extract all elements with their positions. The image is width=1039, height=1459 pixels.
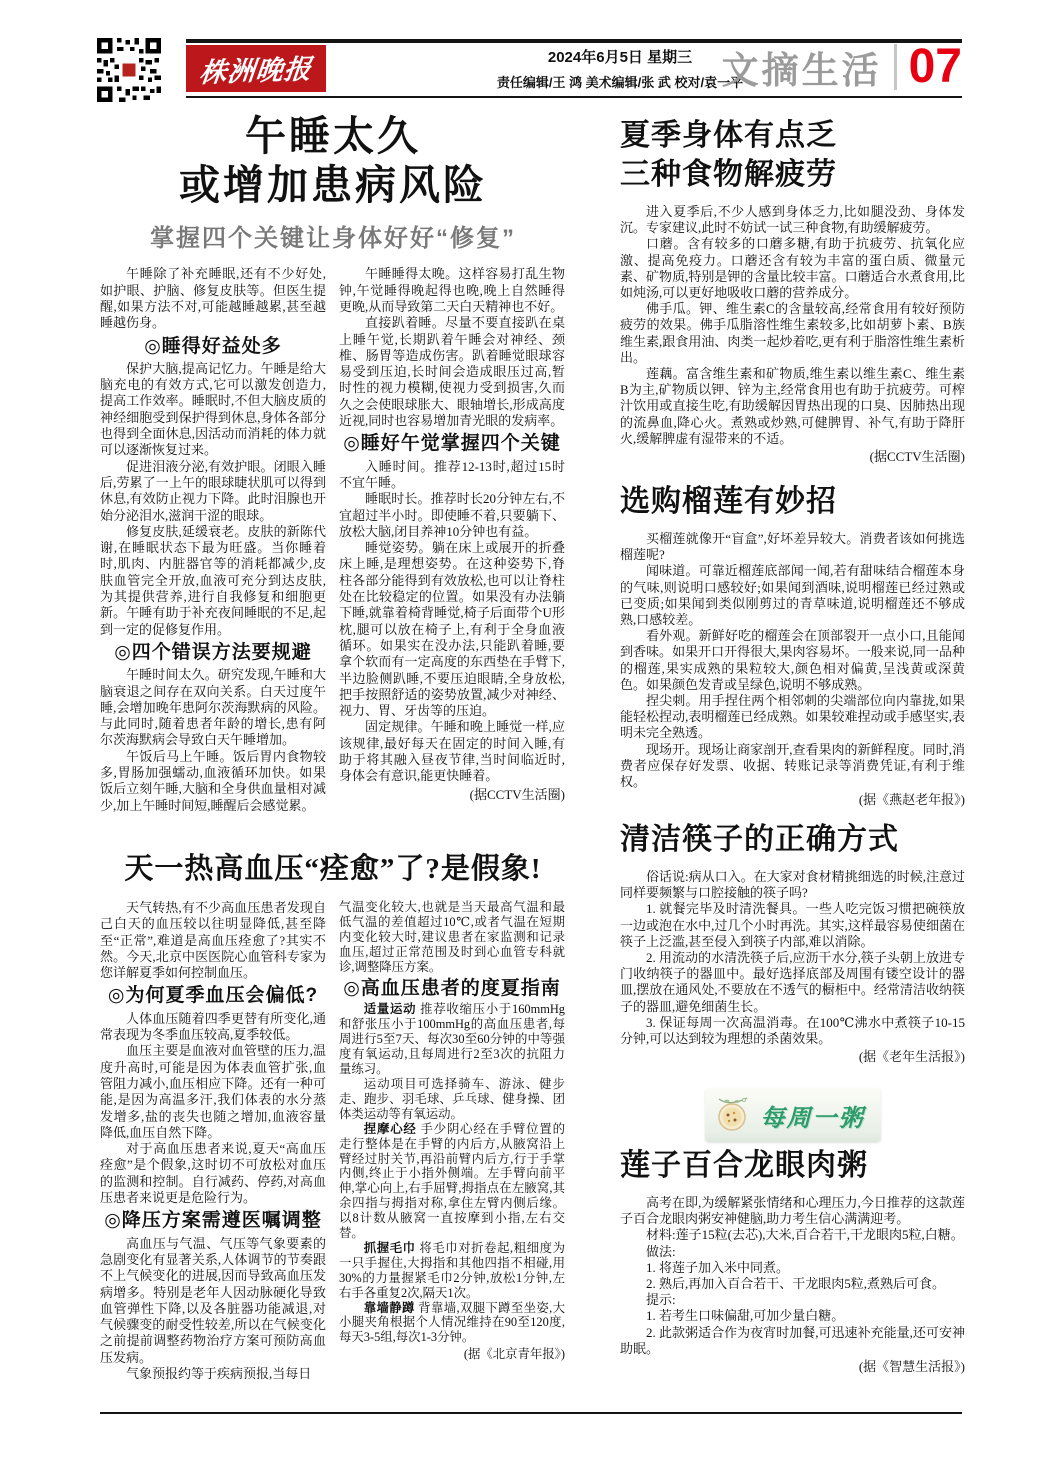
paragraph: 1. 将莲子加入米中同煮。 (620, 1260, 965, 1276)
section-divider (894, 44, 897, 90)
paragraph: 2. 此款粥适合作为夜宵时加餐,可迅速补充能量,还可安神助眠。 (620, 1325, 965, 1357)
paragraph: 午睡除了补充睡眠,还有不少好处,如护眼、护脑、修复皮肤等。但医生提醒,如果方法不… (100, 266, 326, 331)
newspaper-masthead: 株洲晚报 (186, 45, 326, 92)
section-heading: ◎四个错误方法要规避 (100, 645, 326, 661)
article-blood-pressure: 天一热高血压“痊愈”了?是假象! 天气转热,有不少高血压患者发现自己白天的血压较… (100, 846, 566, 1412)
article-durian-title: 选购榴莲有妙招 (620, 482, 965, 521)
paragraph: 2. 熟后,再加入百合若干、干龙眼肉5粒,煮熟后可食。 (620, 1276, 965, 1292)
article-bp-column-2: 气温变化较大,也就是当天最高气温和最低气温的差值超过10℃,或者气温在短期内变化… (339, 900, 565, 1382)
page-bottom-rule (100, 1412, 962, 1414)
paragraph: 莲藕。富含维生素和矿物质,维生素以维生素C、维生素B为主,矿物质以钾、锌为主,经… (620, 366, 965, 447)
article-porridge-body: 高考在即,为缓解紧张情绪和心理压力,今日推荐的这款莲子百合龙眼肉粥安神健脑,助力… (620, 1195, 965, 1375)
weekly-porridge-badge-strip: 每周一粥 (705, 1088, 881, 1142)
article-fatigue-body: 进入夏季后,不少人感到身体乏力,比如腿没劲、身体发沉。专家建议,此时不妨试一试三… (620, 204, 965, 465)
paragraph: 提示: (620, 1292, 965, 1308)
paragraph: 2. 用流动的水清洗筷子后,应沥干水分,筷子头朝上放进专门收纳筷子的器皿中。最好… (620, 950, 965, 1015)
section-heading: ◎降压方案需遵医嘱调整 (100, 1213, 326, 1229)
page-number: 07 (909, 43, 962, 91)
article-fatigue-foods: 夏季身体有点乏 三种食物解疲劳 进入夏季后,不少人感到身体乏力,比如腿没劲、身体… (620, 116, 965, 482)
article-chopsticks-body: 俗话说:病从口入。在大家对食材精挑细选的时候,注意过同样要频繁与口腔接触的筷子吗… (620, 869, 965, 1065)
header-bottom-rule (186, 96, 962, 98)
article-porridge-title: 莲子百合龙眼肉粥 (620, 1146, 965, 1185)
paragraph: 1. 就餐完毕及时清洗餐具。一些人吃完饭习惯把碗筷放一边或泡在水中,过几个小时再… (620, 901, 965, 950)
section-heading: ◎高血压患者的度夏指南 (339, 982, 565, 997)
paragraph: 保护大脑,提高记忆力。午睡是给大脑充电的有效方式,它可以激发创造力,提高工作效率… (100, 361, 326, 459)
article-nap-column-1: 午睡除了补充睡眠,还有不少好处,如护眼、护脑、修复皮肤等。但医生提醒,如果方法不… (100, 266, 326, 814)
section-heading: ◎为何夏季血压会偏低? (100, 988, 326, 1004)
article-durian-body: 买榴莲就像开“盲盒”,好坏差异较大。消费者该如何挑选榴莲呢?闻味道。可靠近榴莲底… (620, 531, 965, 808)
paragraph: 午饭后马上午睡。饭后胃内食物较多,胃肠加强蠕动,血液循环加快。如果饭后立刻午睡,… (100, 749, 326, 814)
section-heading: ◎睡好午觉掌握四个关键 (339, 436, 565, 452)
paragraph: 修复皮肤,延缓衰老。皮肤的新陈代谢,在睡眠状态下最为旺盛。当你睡着时,肌肉、内脏… (100, 524, 326, 638)
weekly-porridge-badge: 每周一粥 (620, 1088, 965, 1142)
paragraph: 气象预报约等于疾病预报,当每日 (100, 1366, 326, 1382)
paragraph: 天气转热,有不少高血压患者发现自己白天的血压较以往明显降低,甚至降至“正常”,难… (100, 900, 326, 981)
paragraph: 3. 保证每周一次高温消毒。在100℃沸水中煮筷子10-15分钟,可以达到较为理… (620, 1015, 965, 1047)
newspaper-name: 株洲晚报 (198, 47, 315, 90)
paragraph: 睡眠时长。推荐时长20分钟左右,不宜超过半小时。即使睡不着,只要躺下、放松大脑,… (339, 491, 565, 540)
paragraph: 午睡睡得太晚。这样容易打乱生物钟,午觉睡得晚起得也晚,晚上自然睡得更晚,从而导致… (339, 266, 565, 315)
article-nap-columns: 午睡除了补充睡眠,还有不少好处,如护眼、护脑、修复皮肤等。但医生提醒,如果方法不… (100, 266, 566, 814)
paragraph: 材料:莲子15粒(去芯),大米,百合若干,干龙眼肉5粒,白糖。 (620, 1227, 965, 1243)
attribution: (据CCTV生活圈) (620, 449, 965, 465)
paragraph: 适量运动 推荐收缩压小于160mmHg和舒张压小于100mmHg的高血压患者,每… (339, 1002, 565, 1077)
article-bp-column-1: 天气转热,有不少高血压患者发现自己白天的血压较以往明显降低,甚至降至“正常”,难… (100, 900, 326, 1382)
paragraph: 固定规律。午睡和晚上睡觉一样,应该规律,最好每天在固定的时间入睡,有助于将其融入… (339, 719, 565, 784)
article-durian: 选购榴莲有妙招 买榴莲就像开“盲盒”,好坏差异较大。消费者该如何挑选榴莲呢?闻味… (620, 482, 965, 820)
paragraph: 睡觉姿势。躺在床上或展开的折叠床上睡,是理想姿势。在这种姿势下,脊柱各部分能得到… (339, 540, 565, 719)
qr-code-icon (97, 38, 161, 102)
paragraph: 现场开。现场让商家剖开,查看果肉的新鲜程度。同时,消费者应保存好发票、收据、转账… (620, 742, 965, 791)
paragraph: 气温变化较大,也就是当天最高气温和最低气温的差值超过10℃,或者气温在短期内变化… (339, 900, 565, 975)
paragraph: 运动项目可选择骑车、游泳、健步走、跑步、羽毛球、乒乓球、健身操、团体类运动等有氧… (339, 1077, 565, 1122)
paragraph: 靠墙静蹲 背靠墙,双腿下蹲至坐姿,大小腿夹角根据个人情况维持在90至120度,每… (339, 1301, 565, 1346)
article-porridge: 莲子百合龙眼肉粥 高考在即,为缓解紧张情绪和心理压力,今日推荐的这款莲子百合龙眼… (620, 1146, 965, 1404)
attribution: (据《北京青年报》) (339, 1347, 565, 1362)
paragraph: 高血压与气温、气压等气象要素的急剧变化有显著关系,人体调节的节奏跟不上气候变化的… (100, 1236, 326, 1366)
paragraph: 血压主要是血液对血管壁的压力,温度升高时,可能是因为体表血管扩张,血管阻力减小,… (100, 1043, 326, 1141)
paragraph: 午睡时间太久。研究发现,午睡和大脑衰退之间存在双向关系。白天过度午睡,会增加晚年… (100, 667, 326, 748)
paragraph: 捏摩心经 手少阴心经在手臂位置的走行整体是在手臂的内后方,从腋窝沿上臂经过肘关节… (339, 1122, 565, 1241)
article-chopsticks: 清洁筷子的正确方式 俗话说:病从口入。在大家对食材精挑细选的时候,注意过同样要频… (620, 820, 965, 1088)
attribution: (据《燕赵老年报》) (620, 792, 965, 808)
article-fatigue-title-line1: 夏季身体有点乏 (620, 119, 837, 152)
article-nap-title: 午睡太久 或增加患病风险 (100, 112, 566, 210)
paragraph: 抓握毛巾 将毛巾对折卷起,粗细度为一只手握住,大拇指和其他四指不相碰,用30%的… (339, 1241, 565, 1301)
attribution: (据《智慧生活报》) (620, 1359, 965, 1375)
porridge-bowl-icon (713, 1095, 753, 1135)
paragraph: 买榴莲就像开“盲盒”,好坏差异较大。消费者该如何挑选榴莲呢? (620, 531, 965, 563)
paragraph: 看外观。新鲜好吃的榴莲会在顶部裂开一点小口,且能闻到香味。如果开口开得很大,果肉… (620, 628, 965, 693)
weekly-porridge-badge-label: 每周一粥 (761, 1098, 865, 1133)
paragraph: 促进泪液分泌,有效护眼。闭眼入睡后,劳累了一上午的眼球睫状肌可以得到休息,有效防… (100, 459, 326, 524)
paragraph: 直接趴着睡。尽量不要直接趴在桌上睡午觉,长期趴着午睡会对神经、颈椎、肠胃等造成伤… (339, 315, 565, 429)
article-nap-title-line1: 午睡太久 (245, 113, 421, 159)
paragraph: 佛手瓜。钾、维生素C的含量较高,经常食用有较好预防疲劳的效果。佛手瓜脂溶性维生素… (620, 301, 965, 366)
section-header: 文摘生活 07 (722, 40, 962, 94)
paragraph: 闻味道。可靠近榴莲底部闻一闻,若有甜味结合榴莲本身的气味,则说明口感较好;如果闻… (620, 563, 965, 628)
section-title: 文摘生活 (722, 40, 882, 94)
paragraph: 人体血压随着四季更替有所变化,通常表现为冬季血压较高,夏季较低。 (100, 1011, 326, 1044)
attribution: (据CCTV生活圈) (339, 787, 565, 803)
paragraph: 1. 若考生口味偏甜,可加少量白糖。 (620, 1308, 965, 1324)
article-bp-title: 天一热高血压“痊愈”了?是假象! (100, 846, 566, 887)
paragraph: 入睡时间。推荐12-13时,超过15时不宜午睡。 (339, 459, 565, 492)
paragraph: 进入夏季后,不少人感到身体乏力,比如腿没劲、身体发沉。专家建议,此时不妨试一试三… (620, 204, 965, 236)
paragraph: 口蘑。含有较多的口蘑多糖,有助于抗疲劳、抗氧化应激、提高免疫力。口蘑还含有较为丰… (620, 236, 965, 301)
article-nap: 午睡太久 或增加患病风险 掌握四个关键让身体好好“修复” 午睡除了补充睡眠,还有… (100, 112, 566, 844)
paragraph: 高考在即,为缓解紧张情绪和心理压力,今日推荐的这款莲子百合龙眼肉粥安神健脑,助力… (620, 1195, 965, 1227)
paragraph: 俗话说:病从口入。在大家对食材精挑细选的时候,注意过同样要频繁与口腔接触的筷子吗… (620, 869, 965, 901)
attribution: (据《老年生活报》) (620, 1049, 965, 1065)
article-fatigue-title: 夏季身体有点乏 三种食物解疲劳 (620, 116, 965, 194)
paragraph: 做法: (620, 1244, 965, 1260)
article-nap-subtitle: 掌握四个关键让身体好好“修复” (100, 218, 566, 253)
article-nap-title-line2: 或增加患病风险 (179, 162, 487, 208)
section-heading: ◎睡得好益处多 (100, 339, 326, 355)
article-chopsticks-title: 清洁筷子的正确方式 (620, 820, 965, 859)
article-nap-column-2: 午睡睡得太晚。这样容易打乱生物钟,午觉睡得晚起得也晚,晚上自然睡得更晚,从而导致… (339, 266, 565, 814)
article-fatigue-title-line2: 三种食物解疲劳 (620, 158, 837, 191)
article-bp-columns: 天气转热,有不少高血压患者发现自己白天的血压较以往明显降低,甚至降至“正常”,难… (100, 900, 566, 1382)
newspaper-page: 株洲晚报 2024年6月5日 星期三 责任编辑/王 鸿 美术编辑/张 武 校对/… (0, 0, 1039, 1459)
paragraph: 捏尖刺。用手捏住两个相邻刺的尖端部位向内靠拢,如果能轻松捏动,表明榴莲已经成熟。… (620, 693, 965, 742)
paragraph: 对于高血压患者来说,夏天“高血压痊愈”是个假象,这时切不可放松对血压的监测和控制… (100, 1141, 326, 1206)
